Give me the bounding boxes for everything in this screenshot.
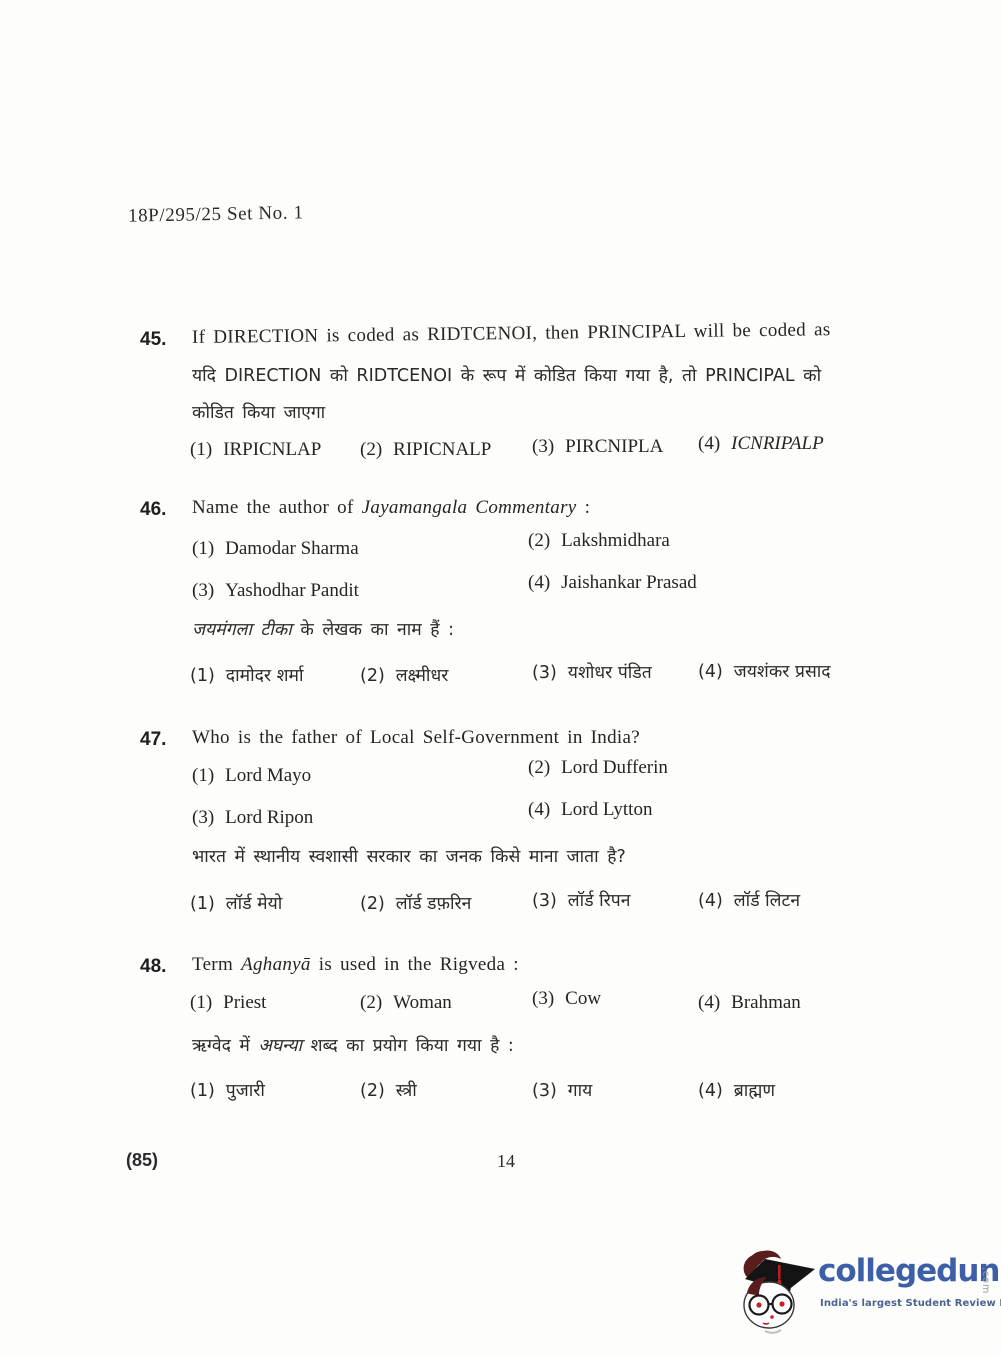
option-text: लॉर्ड डफ़रिन [396, 894, 472, 914]
option-number: (3) [532, 988, 554, 1010]
question-number: 46. [140, 499, 166, 521]
option: (1)Damodar Sharma [192, 538, 359, 560]
option-text: ब्राह्मण [734, 1081, 775, 1101]
option-number: (3) [532, 891, 557, 911]
page-number: 14 [497, 1151, 515, 1172]
option-text: Lakshmidhara [561, 530, 670, 551]
option: (3)PIRCNIPLA [532, 436, 663, 458]
option-text: Jaishankar Prasad [561, 572, 697, 593]
option: (3)गाय [532, 1078, 592, 1102]
question-text-part: is used in the Rigveda : [311, 954, 519, 975]
option-text: Priest [223, 992, 266, 1013]
options-row: (1)दामोदर शर्मा (2)लक्ष्मीधर (3)यशोधर पं… [0, 663, 1001, 695]
option: (1)IRPICNLAP [190, 439, 321, 461]
option-number: (1) [192, 765, 214, 787]
option-text: Lord Mayo [225, 765, 311, 786]
option-number: (4) [698, 891, 723, 911]
option-number: (2) [528, 757, 550, 779]
option: (2)Lord Dufferin [528, 757, 668, 779]
booklet-number: (85) [126, 1150, 158, 1171]
question-text-hindi: भारत में स्थानीय स्वशासी सरकार का जनक कि… [192, 844, 626, 868]
option: (4)ब्राह्मण [698, 1078, 775, 1102]
options-row: (1)Damodar Sharma (2)Lakshmidhara [0, 538, 1001, 570]
question-text-hindi-line1: यदि DIRECTION को RIDTCENOI के रूप में को… [192, 363, 821, 387]
option-number: (4) [698, 1081, 723, 1101]
question-text-english: If DIRECTION is coded as RIDTCENOI, then… [192, 319, 831, 349]
option: (4)Jaishankar Prasad [528, 572, 697, 594]
option-text: लॉर्ड रिपन [568, 891, 631, 911]
question-number: 45. [140, 329, 166, 351]
option-number: (2) [360, 666, 385, 686]
question-text-english: Who is the father of Local Self-Governme… [192, 727, 640, 749]
option: (3)लॉर्ड रिपन [532, 888, 630, 912]
options-row: (1)Lord Mayo (2)Lord Dufferin [0, 765, 1001, 797]
option: (3)Yashodhar Pandit [192, 580, 359, 602]
option: (4)जयशंकर प्रसाद [698, 659, 831, 683]
question-text-part: : [577, 497, 591, 518]
option: (2)लॉर्ड डफ़रिन [360, 891, 471, 915]
collegedunia-logo: collegedunia .com India's largest Studen… [735, 1241, 997, 1336]
brand-domain-suffix: .com [980, 1267, 991, 1294]
option-text: PIRCNIPLA [565, 436, 663, 457]
option: (2)RIPICNALP [360, 439, 491, 461]
option-number: (2) [528, 530, 550, 552]
option-text: RIPICNALP [393, 439, 491, 460]
paper-code: 18P/295/25 Set No. 1 [128, 202, 304, 227]
option-number: (1) [190, 439, 212, 461]
option-text: IRPICNLAP [223, 439, 321, 460]
question-text-part: ऋग्वेद में [192, 1036, 258, 1056]
option-text: Brahman [731, 992, 801, 1013]
collegedunia-mascot-icon [735, 1241, 819, 1336]
option-number: (1) [192, 538, 214, 560]
option-number: (2) [360, 439, 382, 461]
question-text-hindi: जयमंगला टीका के लेखक का नाम हैं : [192, 617, 454, 641]
question-text-part: Term [192, 954, 241, 975]
option: (4)Brahman [698, 992, 801, 1014]
option: (4)Lord Lytton [528, 799, 652, 821]
option-number: (4) [528, 572, 550, 594]
option-number: (4) [698, 992, 720, 1014]
option-text: यशोधर पंडित [568, 663, 652, 683]
option-number: (4) [698, 433, 720, 455]
question-text-italic: अघन्या [258, 1036, 302, 1056]
question-number: 48. [140, 956, 166, 978]
question-text-part: शब्द का प्रयोग किया गया है : [302, 1036, 514, 1056]
options-row: (1)पुजारी (2)स्त्री (3)गाय (4)ब्राह्मण [0, 1078, 1001, 1110]
option-text: पुजारी [226, 1081, 265, 1101]
option-text: गाय [568, 1081, 593, 1101]
option-number: (3) [192, 807, 214, 829]
option-number: (4) [528, 799, 550, 821]
option-text: Lord Lytton [561, 799, 652, 820]
options-row: (3)Lord Ripon (4)Lord Lytton [0, 807, 1001, 839]
option-text: Damodar Sharma [225, 538, 358, 559]
options-row: (1)लॉर्ड मेयो (2)लॉर्ड डफ़रिन (3)लॉर्ड र… [0, 891, 1001, 923]
option-number: (1) [190, 1081, 215, 1101]
question-number: 47. [140, 729, 166, 751]
option-text: ICNRIPALP [731, 433, 824, 454]
option: (3)Lord Ripon [192, 807, 313, 829]
question-text-english: Term Aghanyā is used in the Rigveda : [192, 954, 519, 976]
option-number: (2) [360, 894, 385, 914]
option-number: (3) [532, 436, 554, 458]
question-text-hindi-line2: कोडित किया जाएगा [192, 400, 325, 424]
question-text-part: के लेखक का नाम हैं : [292, 620, 454, 640]
options-row: (1)Priest (2)Woman (3)Cow (4)Brahman [0, 992, 1001, 1024]
brand-name: collegedunia [818, 1253, 1001, 1289]
option-text: लॉर्ड लिटन [734, 891, 800, 911]
option-number: (1) [190, 666, 215, 686]
question-text-english: Name the author of Jayamangala Commentar… [192, 497, 590, 519]
option-text: Yashodhar Pandit [225, 580, 359, 601]
option-number: (4) [698, 662, 723, 682]
option-text: Lord Dufferin [561, 757, 668, 778]
option: (2)Woman [360, 992, 452, 1014]
option-text: Lord Ripon [225, 807, 313, 828]
option-number: (3) [532, 1081, 557, 1101]
brand-tagline: India's largest Student Review Platform [820, 1298, 1000, 1309]
option: (1)लॉर्ड मेयो [190, 891, 282, 915]
option-text: जयशंकर प्रसाद [734, 662, 831, 682]
option-text: लॉर्ड मेयो [226, 894, 282, 914]
option: (1)पुजारी [190, 1078, 265, 1102]
option: (2)लक्ष्मीधर [360, 663, 448, 687]
option: (1)Priest [190, 992, 266, 1014]
exam-paper-page: 18P/295/25 Set No. 1 45. If DIRECTION is… [0, 0, 1001, 1356]
option: (1)दामोदर शर्मा [190, 663, 304, 687]
question-text-italic: Aghanyā [241, 954, 311, 975]
option: (4)ICNRIPALP [698, 433, 824, 455]
option-number: (3) [192, 580, 214, 602]
option-text: दामोदर शर्मा [226, 666, 304, 686]
option-number: (2) [360, 1081, 385, 1101]
options-row: (1)IRPICNLAP (2)RIPICNALP (3)PIRCNIPLA (… [0, 439, 1001, 471]
question-text-hindi: ऋग्वेद में अघन्या शब्द का प्रयोग किया गय… [192, 1033, 514, 1057]
option: (2)स्त्री [360, 1078, 417, 1102]
option-text: Cow [565, 988, 601, 1009]
options-row: (3)Yashodhar Pandit (4)Jaishankar Prasad [0, 580, 1001, 612]
option: (2)Lakshmidhara [528, 530, 670, 552]
option: (1)Lord Mayo [192, 765, 311, 787]
option-number: (1) [190, 992, 212, 1014]
question-text-part: Name the author of [192, 497, 362, 518]
question-text-italic: जयमंगला टीका [192, 620, 292, 640]
option: (3)यशोधर पंडित [532, 660, 652, 684]
option: (4)लॉर्ड लिटन [698, 888, 800, 912]
option-number: (3) [532, 663, 557, 683]
option-text: लक्ष्मीधर [396, 666, 449, 686]
option-text: Woman [393, 992, 452, 1013]
option-text: स्त्री [396, 1081, 417, 1101]
option-number: (2) [360, 992, 382, 1014]
option: (3)Cow [532, 988, 601, 1010]
option-number: (1) [190, 894, 215, 914]
question-text-italic: Jayamangala Commentary [362, 497, 577, 518]
